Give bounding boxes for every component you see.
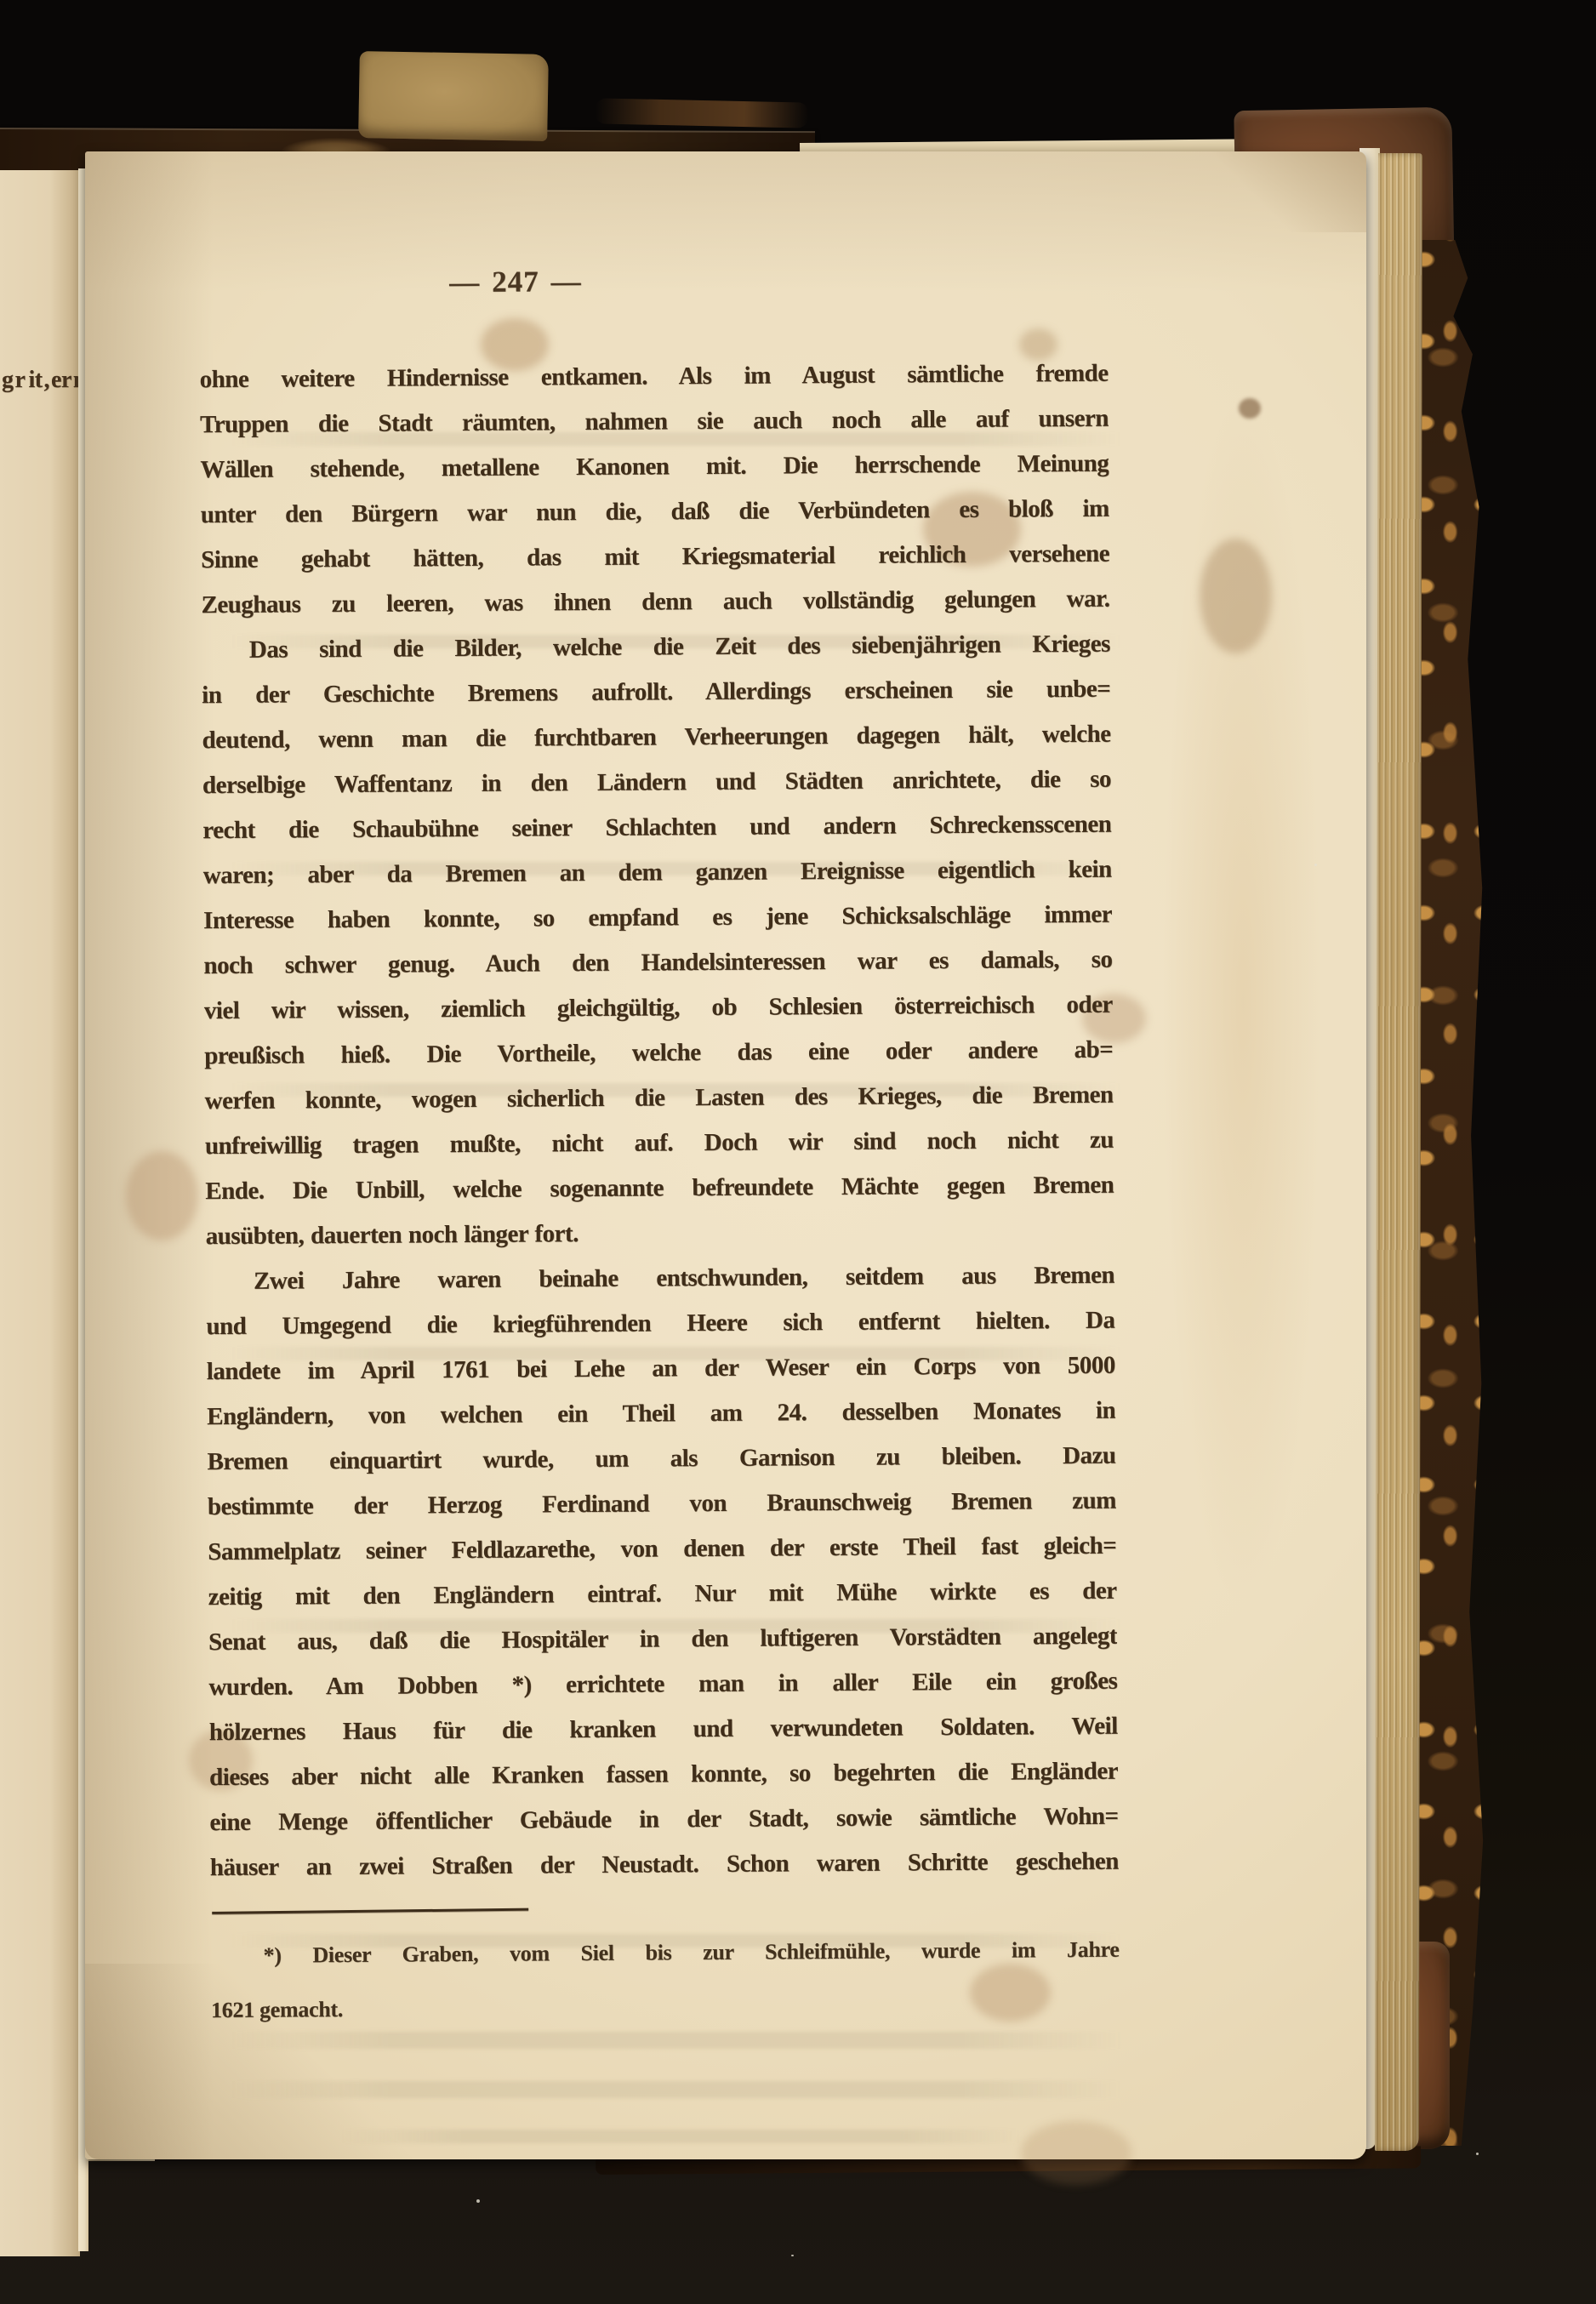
text-line: landete im April 1761 bei Lehe an der We… [207, 1343, 1115, 1394]
text-line: Engländern, von welchen ein Theil am 24.… [207, 1389, 1115, 1440]
facing-page-text-fragment: er [49, 367, 71, 393]
header-dash: — [539, 265, 593, 298]
page-number-value: 247 [492, 265, 539, 298]
text-line: Wällen stehende, metallene Kanonen mit. … [200, 442, 1109, 493]
photo-backdrop: grit,erntfr=tt,ndeest,ße)tditn,r=ienalne… [0, 0, 1596, 2304]
dust-speck [1314, 864, 1317, 866]
text-line: häuser an zwei Straßen der Neustadt. Sch… [210, 1839, 1119, 1891]
book-page: —247— ohne weitere Hindernisse entkamen.… [85, 151, 1366, 2159]
book-headband-streak [596, 98, 809, 128]
text-line: preußisch hieß. Die Vortheile, welche da… [204, 1028, 1113, 1079]
text-line: und Umgegend die kriegführenden Heere si… [206, 1298, 1114, 1349]
text-line: Truppen die Stadt räumten, nahmen sie au… [200, 396, 1109, 448]
text-line: Sinne gehabt hätten, das mit Kriegsmater… [201, 532, 1109, 583]
facing-page-text-fragment: r [14, 367, 26, 393]
text-line: Ende. Die Unbill, welche sogenannte befr… [205, 1163, 1114, 1214]
text-line: derselbige Waffentanz in den Ländern und… [202, 757, 1111, 808]
text-line: Sammelplatz seiner Feldlazarethe, von de… [208, 1524, 1116, 1575]
text-line: Senat aus, daß die Hospitäler in den luf… [208, 1614, 1117, 1665]
text-line: dieses aber nicht alle Kranken fassen ko… [209, 1749, 1118, 1800]
text-line: Das sind die Bilder, welche die Zeit des… [202, 622, 1110, 673]
book-headcap [358, 51, 549, 141]
text-line: zeitig mit den Engländern eintraf. Nur m… [208, 1569, 1116, 1620]
page-number: —247— [354, 264, 677, 300]
footnote-line-2: 1621 gemacht. [211, 1983, 1120, 2032]
text-line: werfen konnte, wogen sicherlich die Last… [204, 1073, 1113, 1124]
body-text: ohne weitere Hindernisse entkamen. Als i… [199, 351, 1119, 1891]
text-line: deutend, wenn man die furchtbaren Verhee… [202, 712, 1110, 763]
text-line: in der Geschichte Bremens aufrollt. Alle… [202, 667, 1110, 718]
footnote-rule [212, 1908, 528, 1914]
text-line: Interesse haben konnte, so empfand es je… [203, 893, 1112, 944]
facing-page-text-fragment: it [26, 367, 42, 393]
text-line: unter den Bürgern war nun die, daß die V… [201, 487, 1109, 538]
footnote-line-1: *) Dieser Graben, vom Siel bis zur Schle… [210, 1929, 1119, 1977]
facing-page-text-fragment: , [43, 367, 50, 393]
text-line: bestimmte der Herzog Ferdinand von Braun… [208, 1479, 1116, 1530]
text-line: eine Menge öffentlicher Gebäude in der S… [209, 1794, 1118, 1845]
text-line: ausübten, dauerten noch länger fort. [206, 1208, 1114, 1259]
text-line: viel wir wissen, ziemlich gleichgültig, … [204, 983, 1113, 1034]
facing-page-text-fragment: g [0, 367, 14, 393]
text-line: ohne weitere Hindernisse entkamen. Als i… [199, 351, 1108, 402]
page-block-fore-edge [1375, 153, 1422, 2151]
text-line: Zwei Jahre waren beinahe entschwunden, s… [206, 1253, 1114, 1304]
text-line: wurden. Am Dobben *) errichtete man in a… [208, 1659, 1117, 1710]
text-line: Bremen einquartirt wurde, um als Garniso… [207, 1434, 1115, 1485]
dust-speck [1476, 2153, 1479, 2155]
text-line: unfreiwillig tragen mußte, nicht auf. Do… [205, 1118, 1114, 1169]
header-dash: — [437, 265, 492, 299]
text-line: noch schwer genug. Auch den Handelsinter… [203, 938, 1112, 989]
page-content: —247— ohne weitere Hindernisse entkamen.… [72, 144, 1367, 2160]
text-line: recht die Schaubühne seiner Schlachten u… [202, 802, 1111, 853]
dust-speck [476, 2199, 480, 2203]
dust-speck [791, 2255, 794, 2256]
facing-page-text-column: grit,erntfr=tt,ndeest,ße)tditn,r=ienalne… [0, 357, 37, 402]
text-line: waren; aber da Bremen an dem ganzen Erei… [203, 847, 1112, 898]
facing-page-edge: grit,erntfr=tt,ndeest,ße)tditn,r=ienalne… [0, 170, 80, 2256]
text-line: Zeughaus zu leeren, was ihnen denn auch … [201, 577, 1109, 628]
text-line: hölzernes Haus für die kranken und verwu… [209, 1704, 1118, 1755]
